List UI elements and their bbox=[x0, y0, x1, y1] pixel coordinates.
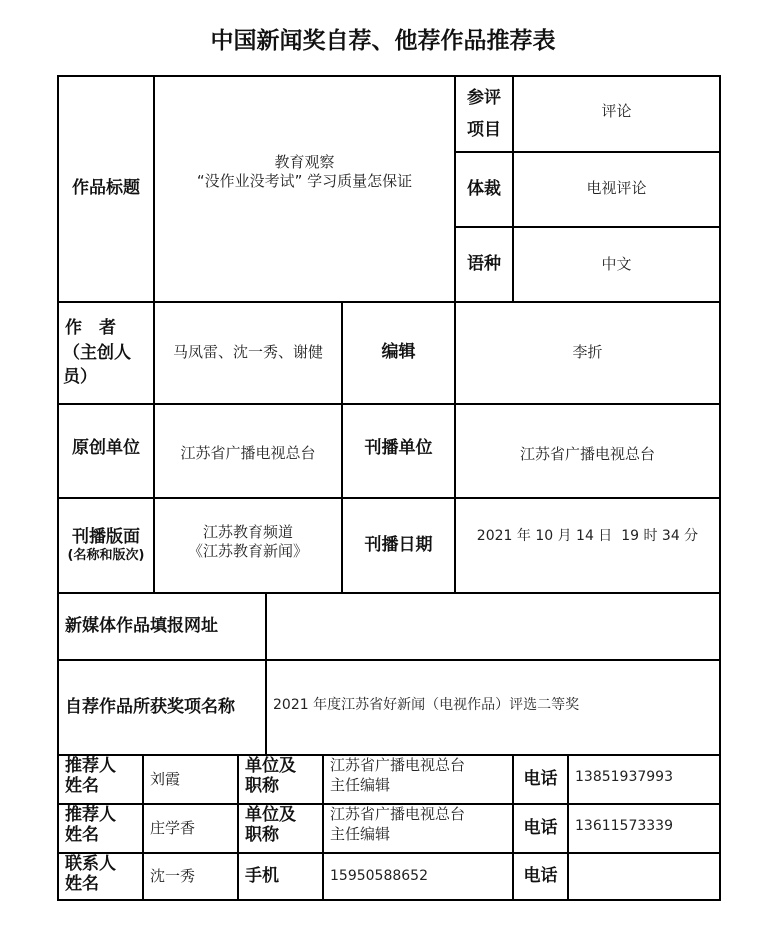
publish-unit-value: 江苏省广播电视总台 bbox=[456, 405, 719, 503]
contact-name: 沈一秀 bbox=[144, 854, 237, 899]
editor-value: 李折 bbox=[456, 303, 719, 401]
category-value: 评论 bbox=[514, 77, 719, 151]
genre-value: 电视评论 bbox=[514, 153, 719, 223]
work-title-line1: 教育观察 bbox=[274, 153, 334, 172]
work-title-label: 作品标题 bbox=[59, 77, 153, 301]
editor-label: 编辑 bbox=[343, 303, 454, 403]
original-unit-value: 江苏省广播电视总台 bbox=[155, 405, 341, 501]
author-label: 作 者 （主创人 员） bbox=[59, 303, 153, 403]
recommender-2-unit: 江苏省广播电视总台 主任编辑 bbox=[324, 805, 512, 852]
recommender-2-phone: 13611573339 bbox=[569, 805, 719, 849]
recommender-1-name: 刘霞 bbox=[144, 756, 237, 803]
recommender-2-name-label: 推荐人 姓名 bbox=[59, 805, 142, 852]
recommender-1-name-label: 推荐人 姓名 bbox=[59, 756, 142, 803]
recommender-1-unit: 江苏省广播电视总台 主任编辑 bbox=[324, 756, 512, 803]
award-label: 自荐作品所获奖项名称 bbox=[59, 661, 265, 754]
work-title-line2: “没作业没考试” 学习质量怎保证 bbox=[197, 172, 412, 191]
contact-mobile-label: 手机 bbox=[239, 854, 322, 899]
category-label: 参评 项目 bbox=[456, 77, 512, 151]
contact-name-label: 联系人 姓名 bbox=[59, 854, 142, 899]
new-media-url-value bbox=[267, 594, 719, 659]
recommender-2-phone-label: 电话 bbox=[514, 805, 567, 852]
genre-label: 体裁 bbox=[456, 153, 512, 226]
recommender-1-unit-label: 单位及 职称 bbox=[239, 756, 322, 803]
language-label: 语种 bbox=[456, 228, 512, 301]
author-value: 马凤雷、沈一秀、谢健 bbox=[155, 303, 341, 401]
contact-mobile: 15950588652 bbox=[324, 854, 512, 899]
publish-section-label: 刊播版面 (名称和版次) bbox=[59, 499, 153, 592]
publish-unit-label: 刊播单位 bbox=[343, 405, 454, 493]
contact-phone bbox=[569, 854, 719, 899]
page-title: 中国新闻奖自荐、他荐作品推荐表 bbox=[0, 22, 766, 55]
contact-phone-label: 电话 bbox=[514, 854, 567, 899]
recommender-2-name: 庄学香 bbox=[144, 805, 237, 852]
recommender-2-unit-label: 单位及 职称 bbox=[239, 805, 322, 852]
publish-date-value: 2021 年 10 月 14 日 19 时 34 分 bbox=[456, 499, 719, 575]
new-media-url-label: 新媒体作品填报网址 bbox=[59, 594, 265, 659]
recommender-1-phone-label: 电话 bbox=[514, 756, 567, 803]
award-value: 2021 年度江苏省好新闻（电视作品）评选二等奖 bbox=[267, 661, 719, 751]
language-value: 中文 bbox=[514, 228, 719, 301]
publish-section-value: 江苏教育频道 《江苏教育新闻》 bbox=[155, 499, 341, 585]
publish-date-label: 刊播日期 bbox=[343, 499, 454, 592]
recommender-1-phone: 13851937993 bbox=[569, 756, 719, 800]
original-unit-label: 原创单位 bbox=[59, 405, 153, 493]
work-title-value: 教育观察 “没作业没考试” 学习质量怎保证 bbox=[155, 77, 454, 267]
